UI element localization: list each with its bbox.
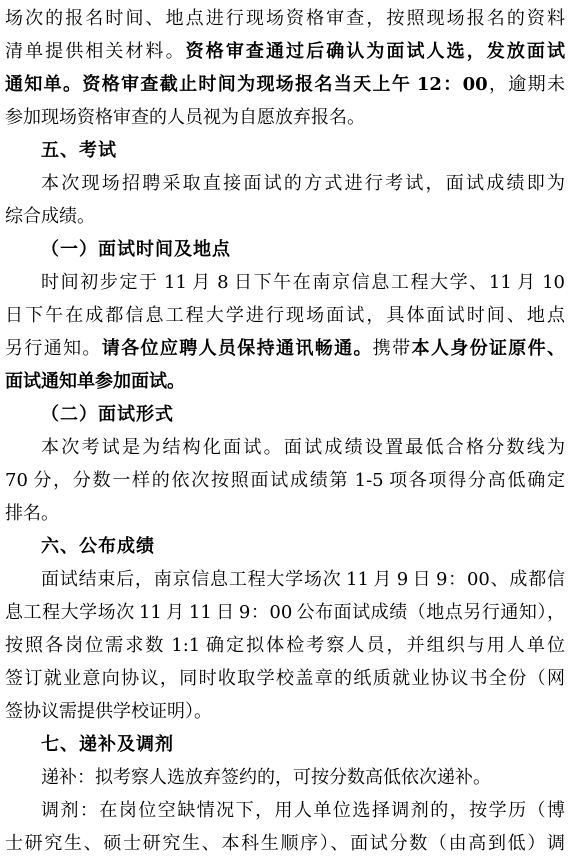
text-run: 五、考试 — [41, 140, 117, 161]
text-run: 通知单。资格审查截止时间为现场报名当天上午 12：00 — [5, 74, 488, 95]
para-results-line-2: 息工程大学场次 11 月 11 日 9：00 公布面试成绩（地点另行通知）， — [5, 596, 565, 629]
text-run: 签协议需提供学校证明）。 — [5, 701, 212, 722]
para-time-line-1: 时间初步定于 11 月 8 日下午在南京信息工程大学、11 月 10 — [5, 266, 565, 299]
text-run: 签订就业意向协议，同时收取学校盖章的纸质就业协议书全份（网 — [5, 668, 565, 689]
text-run: 综合成绩。 — [5, 206, 95, 227]
text-run: 本次现场招聘采取直接面试的方式进行考试，面试成绩即为 — [41, 173, 565, 194]
para-qualification-line-1: 场次的报名时间、地点进行现场资格审查，按照现场报名的资料 — [5, 2, 565, 35]
para-format-line-2: 70 分，分数一样的依次按照面试成绩第 1-5 项各项得分高低确定 — [5, 464, 565, 497]
text-run: 本人身份证原件、 — [412, 338, 565, 359]
para-exam-line-1: 本次现场招聘采取直接面试的方式进行考试，面试成绩即为 — [5, 167, 565, 200]
document-page: 场次的报名时间、地点进行现场资格审查，按照现场报名的资料清单提供相关材料。资格审… — [0, 0, 570, 858]
text-run: 排名。 — [5, 503, 59, 524]
text-run: 请各位应聘人员保持通讯畅通。 — [102, 338, 373, 359]
para-time-line-2: 日下午在成都信息工程大学进行现场面试，具体面试时间、地点 — [5, 299, 565, 332]
text-run: 清单提供相关材料。 — [5, 41, 186, 62]
para-transfer-line-2: 士研究生、硕士研究生、本科生顺序）、面试分数（由高到低）调 — [5, 827, 565, 858]
para-exam-line-2: 综合成绩。 — [5, 200, 565, 233]
para-replacement-line-1: 递补：拟考察人选放弃签约的，可按分数高低依次递补。 — [5, 761, 565, 794]
text-run: 七、递补及调剂 — [41, 734, 174, 755]
para-results-line-4: 签订就业意向协议，同时收取学校盖章的纸质就业协议书全份（网 — [5, 662, 565, 695]
para-format-line-1: 本次考试是为结构化面试。面试成绩设置最低合格分数线为 — [5, 431, 565, 464]
para-results-line-1: 面试结束后，南京信息工程大学场次 11 月 9 日 9：00、成都信 — [5, 563, 565, 596]
text-run: 时间初步定于 11 月 8 日下午在南京信息工程大学、11 月 10 — [41, 272, 565, 293]
text-run: 日下午在成都信息工程大学进行现场面试，具体面试时间、地点 — [5, 305, 565, 326]
text-run: 携带 — [373, 338, 412, 359]
para-qualification-line-2: 清单提供相关材料。资格审查通过后确认为面试人选，发放面试 — [5, 35, 565, 68]
heading-section-5-exam: 五、考试 — [5, 134, 565, 167]
text-run: （二）面试形式 — [41, 404, 174, 425]
text-run: 调剂：在岗位空缺情况下，用人单位选择调剂的，按学历（博 — [41, 800, 565, 821]
text-run: 面试结束后，南京信息工程大学场次 11 月 9 日 9：00、成都信 — [41, 569, 565, 590]
text-run: 70 分，分数一样的依次按照面试成绩第 1-5 项各项得分高低确定 — [5, 470, 565, 491]
text-run: 参加现场资格审查的人员视为自愿放弃报名。 — [5, 107, 365, 128]
text-run: 按照各岗位需求数 1:1 确定拟体检考察人员，并组织与用人单位 — [5, 635, 565, 656]
para-transfer-line-1: 调剂：在岗位空缺情况下，用人单位选择调剂的，按学历（博 — [5, 794, 565, 827]
text-run: 资格审查通过后确认为面试人选，发放面试 — [186, 41, 565, 62]
text-run: 士研究生、硕士研究生、本科生顺序）、面试分数（由高到低）调 — [5, 833, 565, 854]
text-run: ，逾期未 — [488, 74, 565, 95]
text-run: 面试通知单参加面试。 — [5, 371, 185, 392]
document-body: 场次的报名时间、地点进行现场资格审查，按照现场报名的资料清单提供相关材料。资格审… — [0, 0, 570, 858]
heading-section-6-results: 六、公布成绩 — [5, 530, 565, 563]
para-qualification-line-3: 通知单。资格审查截止时间为现场报名当天上午 12：00，逾期未 — [5, 68, 565, 101]
para-time-line-3: 另行通知。请各位应聘人员保持通讯畅通。携带本人身份证原件、 — [5, 332, 565, 365]
text-run: （一）面试时间及地点 — [41, 239, 231, 260]
text-run: 场次的报名时间、地点进行现场资格审查，按照现场报名的资料 — [5, 8, 565, 29]
para-results-line-3: 按照各岗位需求数 1:1 确定拟体检考察人员，并组织与用人单位 — [5, 629, 565, 662]
text-run: 本次考试是为结构化面试。面试成绩设置最低合格分数线为 — [41, 437, 565, 458]
para-qualification-line-4: 参加现场资格审查的人员视为自愿放弃报名。 — [5, 101, 565, 134]
para-format-line-3: 排名。 — [5, 497, 565, 530]
text-run: 递补：拟考察人选放弃签约的，可按分数高低依次递补。 — [41, 767, 491, 788]
heading-5-2-interview-format: （二）面试形式 — [5, 398, 565, 431]
text-run: 另行通知。 — [5, 338, 102, 359]
text-run: 六、公布成绩 — [41, 536, 155, 557]
heading-5-1-interview-time-place: （一）面试时间及地点 — [5, 233, 565, 266]
para-time-line-4: 面试通知单参加面试。 — [5, 365, 565, 398]
text-run: 息工程大学场次 11 月 11 日 9：00 公布面试成绩（地点另行通知）， — [5, 602, 565, 623]
para-results-line-5: 签协议需提供学校证明）。 — [5, 695, 565, 728]
heading-section-7-replacement-transfer: 七、递补及调剂 — [5, 728, 565, 761]
